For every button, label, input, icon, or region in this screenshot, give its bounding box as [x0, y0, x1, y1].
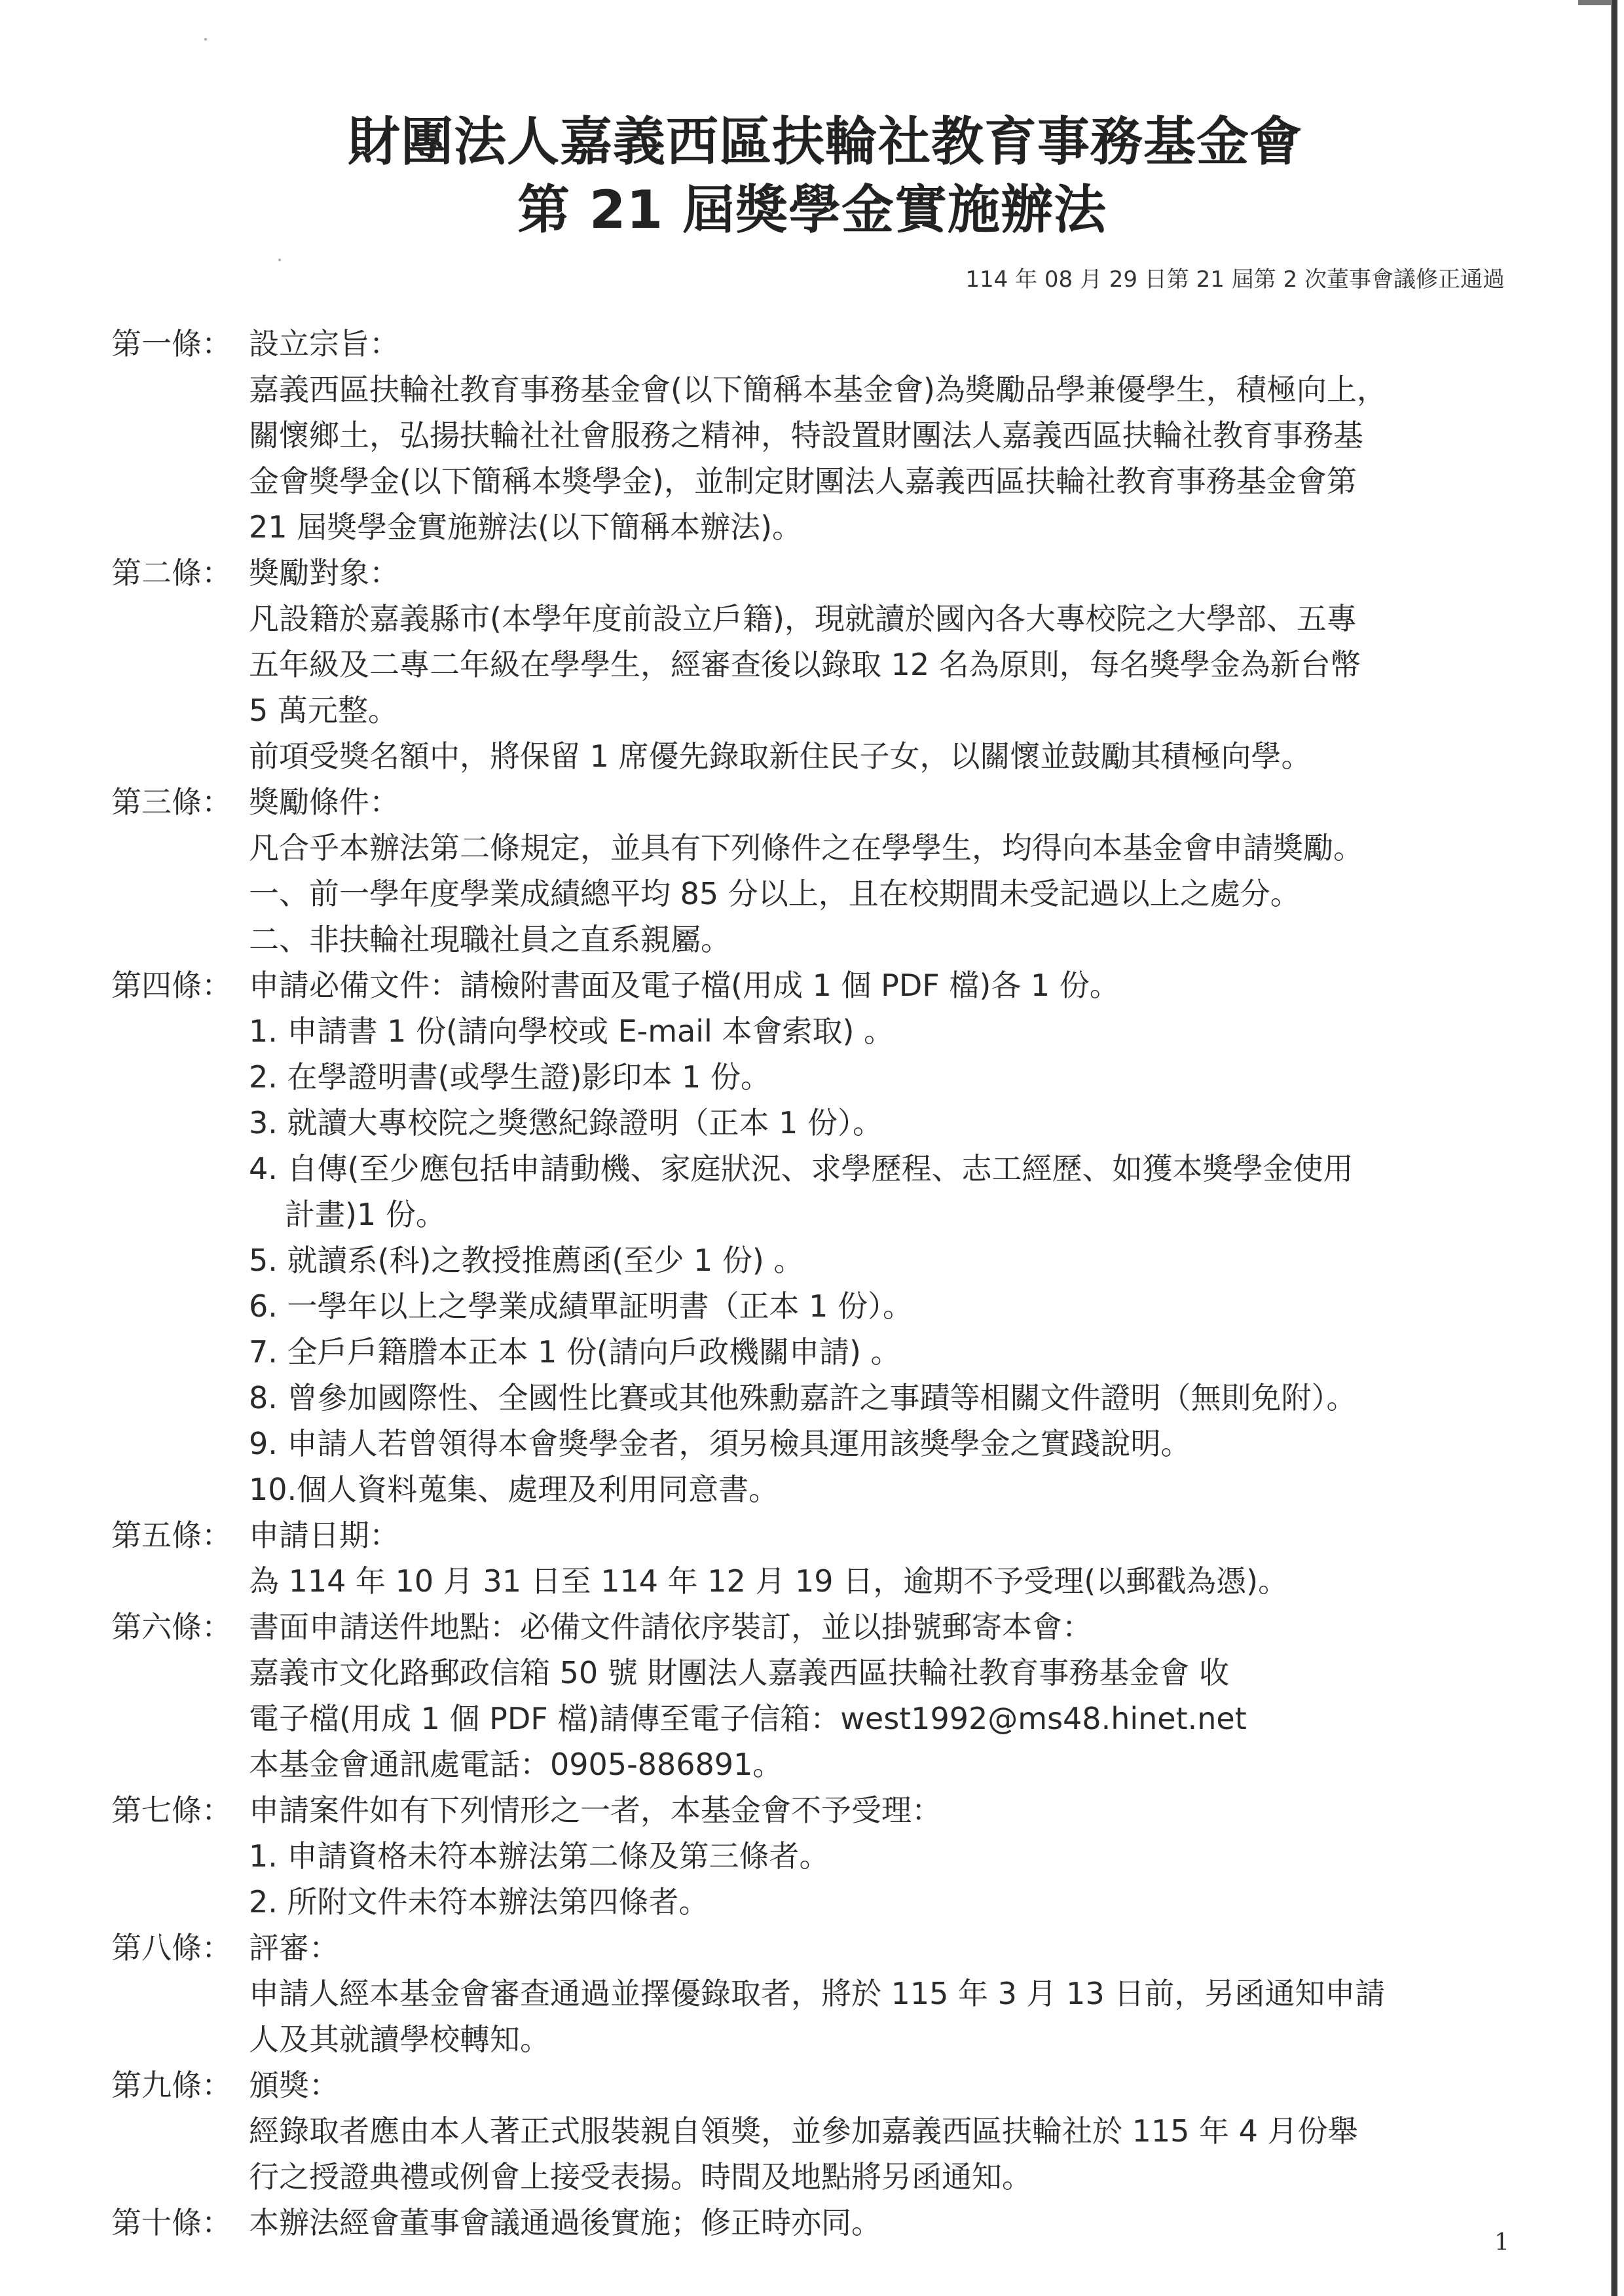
article-text: 關懷鄉土，弘揚扶輪社社會服務之精神，特設置財團法人嘉義西區扶輪社教育事務基 — [111, 412, 1519, 458]
list-text: 自傳(至少應包括申請動機、家庭狀況、求學歷程、志工經歷、如獲本獎學金使用 — [287, 1151, 1354, 1186]
article-heading: 第五條： 申請日期： — [111, 1512, 1519, 1558]
article-title: 申請日期： — [249, 1512, 399, 1558]
document-title: 財團法人嘉義西區扶輪社教育事務基金會 第 21 屆獎學金實施辦法 — [0, 108, 1624, 244]
article-label: 第五條： — [111, 1512, 249, 1558]
list-item: 1. 申請資格未符本辦法第二條及第三條者。 — [111, 1833, 1519, 1879]
article-heading: 第八條： 評審： — [111, 1925, 1519, 1971]
list-item-continuation: 計畫)1 份。 — [111, 1192, 1519, 1237]
article-heading: 第十條： 本辦法經會董事會議通過後實施；修正時亦同。 — [111, 2200, 1519, 2246]
article-7: 第七條： 申請案件如有下列情形之一者，本基金會不予受理： 1. 申請資格未符本辦… — [111, 1787, 1519, 1925]
article-title: 頒獎： — [249, 2062, 339, 2108]
article-text: 五年級及二專二年級在學學生，經審查後以錄取 12 名為原則，每名獎學金為新台幣 — [111, 642, 1519, 687]
list-number: 2. — [249, 1884, 278, 1920]
article-1: 第一條： 設立宗旨： 嘉義西區扶輪社教育事務基金會(以下簡稱本基金會)為獎勵品學… — [111, 321, 1519, 550]
list-item: 4. 自傳(至少應包括申請動機、家庭狀況、求學歷程、志工經歷、如獲本獎學金使用 — [111, 1146, 1519, 1192]
article-text: 凡合乎本辦法第二條規定，並具有下列條件之在學學生，均得向本基金會申請獎勵。 — [111, 825, 1519, 871]
list-item: 1. 申請書 1 份(請向學校或 E-mail 本會索取) 。 — [111, 1008, 1519, 1054]
list-number: 1. — [249, 1013, 278, 1049]
document-body: 第一條： 設立宗旨： 嘉義西區扶輪社教育事務基金會(以下簡稱本基金會)為獎勵品學… — [111, 321, 1519, 2246]
article-6: 第六條： 書面申請送件地點：必備文件請依序裝訂，並以掛號郵寄本會： 嘉義市文化路… — [111, 1604, 1519, 1787]
article-label: 第九條： — [111, 2062, 249, 2108]
list-text: 曾參加國際性、全國性比賽或其他殊勳嘉許之事蹟等相關文件證明（無則免附）。 — [287, 1380, 1357, 1415]
article-title: 書面申請送件地點：必備文件請依序裝訂，並以掛號郵寄本會： — [249, 1604, 1092, 1650]
article-heading: 第一條： 設立宗旨： — [111, 321, 1519, 367]
article-label: 第十條： — [111, 2200, 249, 2246]
list-number: 7. — [249, 1334, 278, 1370]
list-item: 9. 申請人若曾領得本會獎學金者，須另檢具運用該獎學金之實踐說明。 — [111, 1421, 1519, 1467]
article-text: 行之授證典禮或例會上接受表揚。時間及地點將另函通知。 — [111, 2154, 1519, 2200]
article-heading: 第二條： 獎勵對象： — [111, 550, 1519, 596]
article-heading: 第六條： 書面申請送件地點：必備文件請依序裝訂，並以掛號郵寄本會： — [111, 1604, 1519, 1650]
list-item: 7. 全戶戶籍謄本正本 1 份(請向戶政機關申請) 。 — [111, 1329, 1519, 1375]
list-number: 1. — [249, 1838, 278, 1874]
article-title: 評審： — [249, 1925, 339, 1971]
article-9: 第九條： 頒獎： 經錄取者應由本人著正式服裝親自領獎，並參加嘉義西區扶輪社於 1… — [111, 2062, 1519, 2200]
list-text: 所附文件未符本辦法第四條者。 — [287, 1884, 709, 1920]
contact-phone: 本基金會通訊處電話：0905-886891。 — [111, 1741, 1519, 1787]
article-title: 設立宗旨： — [249, 321, 399, 367]
list-text: 申請書 1 份(請向學校或 E-mail 本會索取) 。 — [287, 1013, 895, 1049]
article-title: 本辦法經會董事會議通過後實施；修正時亦同。 — [249, 2200, 881, 2246]
article-label: 第一條： — [111, 321, 249, 367]
list-item: 2. 在學證明書(或學生證)影印本 1 份。 — [111, 1054, 1519, 1100]
article-title: 獎勵條件： — [249, 779, 399, 825]
list-text: 就讀大專校院之獎懲紀錄證明（正本 1 份）。 — [287, 1105, 883, 1140]
article-text: 經錄取者應由本人著正式服裝親自領獎，並參加嘉義西區扶輪社於 115 年 4 月份… — [111, 2108, 1519, 2154]
article-label: 第三條： — [111, 779, 249, 825]
scan-edge-right — [1611, 0, 1617, 2296]
list-number: 2. — [249, 1059, 278, 1095]
list-text: 申請資格未符本辦法第二條及第三條者。 — [287, 1838, 830, 1874]
article-heading: 第三條： 獎勵條件： — [111, 779, 1519, 825]
list-number: 8. — [249, 1380, 278, 1415]
article-label: 第四條： — [111, 962, 249, 1008]
list-number: 6. — [249, 1288, 278, 1324]
list-number: 5. — [249, 1243, 278, 1278]
article-4: 第四條： 申請必備文件：請檢附書面及電子檔(用成 1 個 PDF 檔)各 1 份… — [111, 962, 1519, 1512]
list-item: 5. 就讀系(科)之教授推薦函(至少 1 份) 。 — [111, 1237, 1519, 1283]
article-label: 第七條： — [111, 1787, 249, 1833]
list-item: 8. 曾參加國際性、全國性比賽或其他殊勳嘉許之事蹟等相關文件證明（無則免附）。 — [111, 1375, 1519, 1421]
article-text: 一、前一學年度學業成績總平均 85 分以上，且在校期間未受記過以上之處分。 — [111, 871, 1519, 917]
article-text: 金會獎學金(以下簡稱本獎學金)，並制定財團法人嘉義西區扶輪社教育事務基金會第 — [111, 458, 1519, 504]
article-text: 21 屆獎學金實施辦法(以下簡稱本辦法)。 — [111, 504, 1519, 550]
article-text: 5 萬元整。 — [111, 687, 1519, 733]
article-label: 第八條： — [111, 1925, 249, 1971]
article-label: 第六條： — [111, 1604, 249, 1650]
article-text: 前項受獎名額中，將保留 1 席優先錄取新住民子女，以關懷並鼓勵其積極向學。 — [111, 733, 1519, 779]
article-8: 第八條： 評審： 申請人經本基金會審查通過並擇優錄取者，將於 115 年 3 月… — [111, 1925, 1519, 2062]
article-title: 獎勵對象： — [249, 550, 399, 596]
article-heading: 第九條： 頒獎： — [111, 2062, 1519, 2108]
article-label: 第二條： — [111, 550, 249, 596]
article-text: 為 114 年 10 月 31 日至 114 年 12 月 19 日，逾期不予受… — [111, 1558, 1519, 1604]
title-line-1: 財團法人嘉義西區扶輪社教育事務基金會 — [0, 108, 1624, 176]
article-text: 嘉義西區扶輪社教育事務基金會(以下簡稱本基金會)為獎勵品學兼優學生，積極向上， — [111, 367, 1519, 412]
article-heading: 第七條： 申請案件如有下列情形之一者，本基金會不予受理： — [111, 1787, 1519, 1833]
article-heading: 第四條： 申請必備文件：請檢附書面及電子檔(用成 1 個 PDF 檔)各 1 份… — [111, 962, 1519, 1008]
scan-speck — [278, 259, 281, 261]
article-text: 人及其就讀學校轉知。 — [111, 2016, 1519, 2062]
list-item: 3. 就讀大專校院之獎懲紀錄證明（正本 1 份）。 — [111, 1100, 1519, 1146]
list-number: 10. — [249, 1472, 297, 1507]
article-2: 第二條： 獎勵對象： 凡設籍於嘉義縣市(本學年度前設立戶籍)，現就讀於國內各大專… — [111, 550, 1519, 779]
article-text: 凡設籍於嘉義縣市(本學年度前設立戶籍)，現就讀於國內各大專校院之大學部、五專 — [111, 596, 1519, 642]
list-number: 9. — [249, 1426, 278, 1461]
list-text: 全戶戶籍謄本正本 1 份(請向戶政機關申請) 。 — [287, 1334, 901, 1370]
list-item: 2. 所附文件未符本辦法第四條者。 — [111, 1879, 1519, 1925]
list-text: 一學年以上之學業成績單証明書（正本 1 份）。 — [287, 1288, 913, 1324]
approval-note: 114 年 08 月 29 日第 21 屆第 2 次董事會議修正通過 — [965, 263, 1505, 296]
article-text: 申請人經本基金會審查通過並擇優錄取者，將於 115 年 3 月 13 日前，另函… — [111, 1971, 1519, 2016]
article-title: 申請必備文件：請檢附書面及電子檔(用成 1 個 PDF 檔)各 1 份。 — [249, 962, 1120, 1008]
article-10: 第十條： 本辦法經會董事會議通過後實施；修正時亦同。 — [111, 2200, 1519, 2246]
list-item: 6. 一學年以上之學業成績單証明書（正本 1 份）。 — [111, 1283, 1519, 1329]
scan-speck — [204, 38, 207, 41]
list-text: 在學證明書(或學生證)影印本 1 份。 — [287, 1059, 771, 1095]
email-instruction: 電子檔(用成 1 個 PDF 檔)請傳至電子信箱：west1992@ms48.h… — [111, 1696, 1519, 1741]
list-text: 個人資料蒐集、處理及利用同意書。 — [297, 1472, 779, 1507]
title-line-2: 第 21 屆獎學金實施辦法 — [0, 176, 1624, 244]
article-title: 申請案件如有下列情形之一者，本基金會不予受理： — [249, 1787, 942, 1833]
article-3: 第三條： 獎勵條件： 凡合乎本辦法第二條規定，並具有下列條件之在學學生，均得向本… — [111, 779, 1519, 962]
list-text: 就讀系(科)之教授推薦函(至少 1 份) 。 — [287, 1243, 804, 1278]
list-item: 10.個人資料蒐集、處理及利用同意書。 — [111, 1467, 1519, 1512]
list-number: 4. — [249, 1151, 278, 1186]
list-number: 3. — [249, 1105, 278, 1140]
article-text: 二、非扶輪社現職社員之直系親屬。 — [111, 917, 1519, 962]
mailing-address: 嘉義市文化路郵政信箱 50 號 財團法人嘉義西區扶輪社教育事務基金會 收 — [111, 1650, 1519, 1696]
list-text: 申請人若曾領得本會獎學金者，須另檢具運用該獎學金之實踐說明。 — [287, 1426, 1191, 1461]
article-5: 第五條： 申請日期： 為 114 年 10 月 31 日至 114 年 12 月… — [111, 1512, 1519, 1604]
page-number: 1 — [1494, 2229, 1509, 2256]
